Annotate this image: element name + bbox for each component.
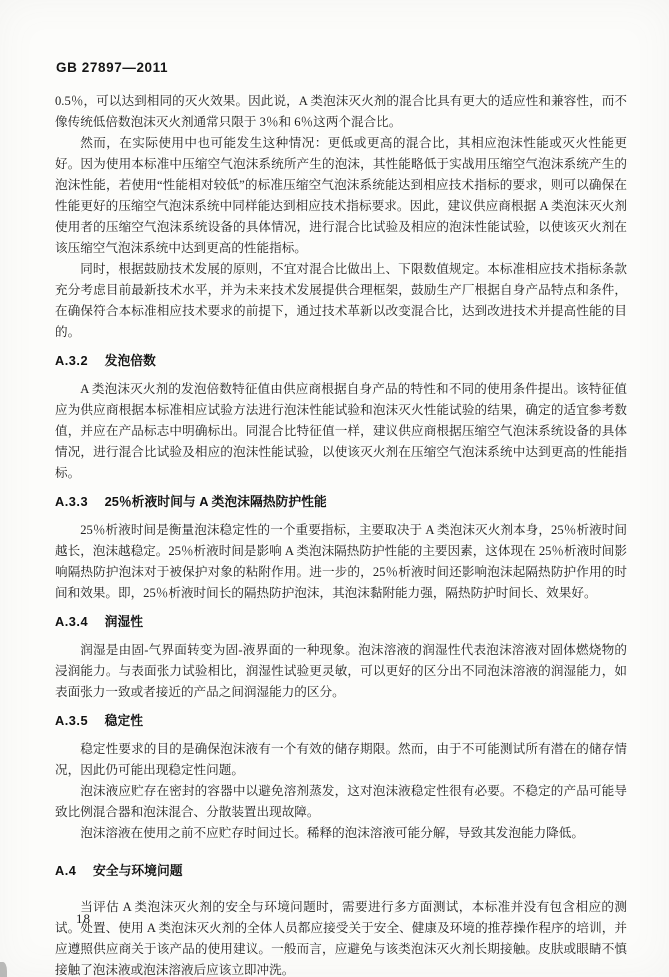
- section-number: A.3.5: [55, 713, 88, 728]
- paragraph-a32-1: A 类泡沫灭火剂的发泡倍数特征值由供应商根据自身产品的特性和不同的使用条件提出。…: [55, 379, 627, 484]
- paragraph-a33-1: 25％析液时间是衡量泡沫稳定性的一个重要指标，主要取决于 A 类泡沫灭火剂本身，…: [55, 520, 627, 604]
- paragraph-lead-2: 然而，在实际使用中也可能发生这种情况：更低或更高的混合比，其相应泡沫性能或灭火性…: [55, 133, 627, 259]
- section-number: A.3.3: [55, 494, 88, 509]
- section-title: 25％析液时间与 A 类泡沫隔热防护性能: [105, 494, 327, 509]
- paragraph-a35-3: 泡沫溶液在使用之前不应贮存时间过长。稀释的泡沫溶液可能分解，导致其发泡能力降低。: [55, 823, 627, 844]
- section-title: 发泡倍数: [105, 353, 156, 368]
- section-number: A.3.2: [55, 353, 88, 368]
- section-heading-a32: A.3.2 发泡倍数: [55, 350, 627, 371]
- paragraph-a4-1: 当评估 A 类泡沫灭火剂的安全与环境问题时，需要进行多方面测试，本标准并没有包含…: [55, 897, 627, 977]
- paragraph-a34-1: 润湿是由固-气界面转变为固-液界面的一种现象。泡沫溶液的润湿性代表泡沫溶液对固体…: [55, 640, 627, 703]
- paragraph-lead-3: 同时，根据鼓励技术发展的原则，不宜对混合比做出上、下限数值规定。本标准相应技术指…: [55, 259, 627, 343]
- standard-number: GB 27897—2011: [56, 60, 168, 75]
- section-heading-a35: A.3.5 稳定性: [55, 710, 627, 731]
- document-page: GB 27897—2011 0.5％，可以达到相同的灭火效果。因此说，A 类泡沫…: [0, 0, 669, 977]
- section-heading-a34: A.3.4 润湿性: [55, 611, 627, 632]
- document-body: 0.5％，可以达到相同的灭火效果。因此说，A 类泡沫灭火剂的混合比具有更大的适应…: [55, 91, 627, 977]
- section-title: 安全与环境问题: [93, 863, 183, 878]
- page-number: 18: [76, 911, 91, 927]
- section-number: A.3.4: [55, 614, 88, 629]
- page-header: GB 27897—2011: [56, 60, 168, 75]
- paragraph-a35-2: 泡沫液应贮存在密封的容器中以避免溶剂蒸发，这对泡沫液稳定性很有必要。不稳定的产品…: [55, 781, 627, 823]
- scan-artifact: [0, 962, 7, 977]
- section-title: 润湿性: [105, 614, 143, 629]
- paragraph-lead-continuation: 0.5％，可以达到相同的灭火效果。因此说，A 类泡沫灭火剂的混合比具有更大的适应…: [55, 91, 627, 133]
- paragraph-a35-1: 稳定性要求的目的是确保泡沫液有一个有效的储存期限。然而，由于不可能测试所有潜在的…: [55, 739, 627, 781]
- section-heading-a33: A.3.3 25％析液时间与 A 类泡沫隔热防护性能: [55, 491, 627, 512]
- section-heading-a4: A.4 安全与环境问题: [55, 860, 627, 881]
- section-title: 稳定性: [105, 713, 143, 728]
- section-number: A.4: [55, 863, 76, 878]
